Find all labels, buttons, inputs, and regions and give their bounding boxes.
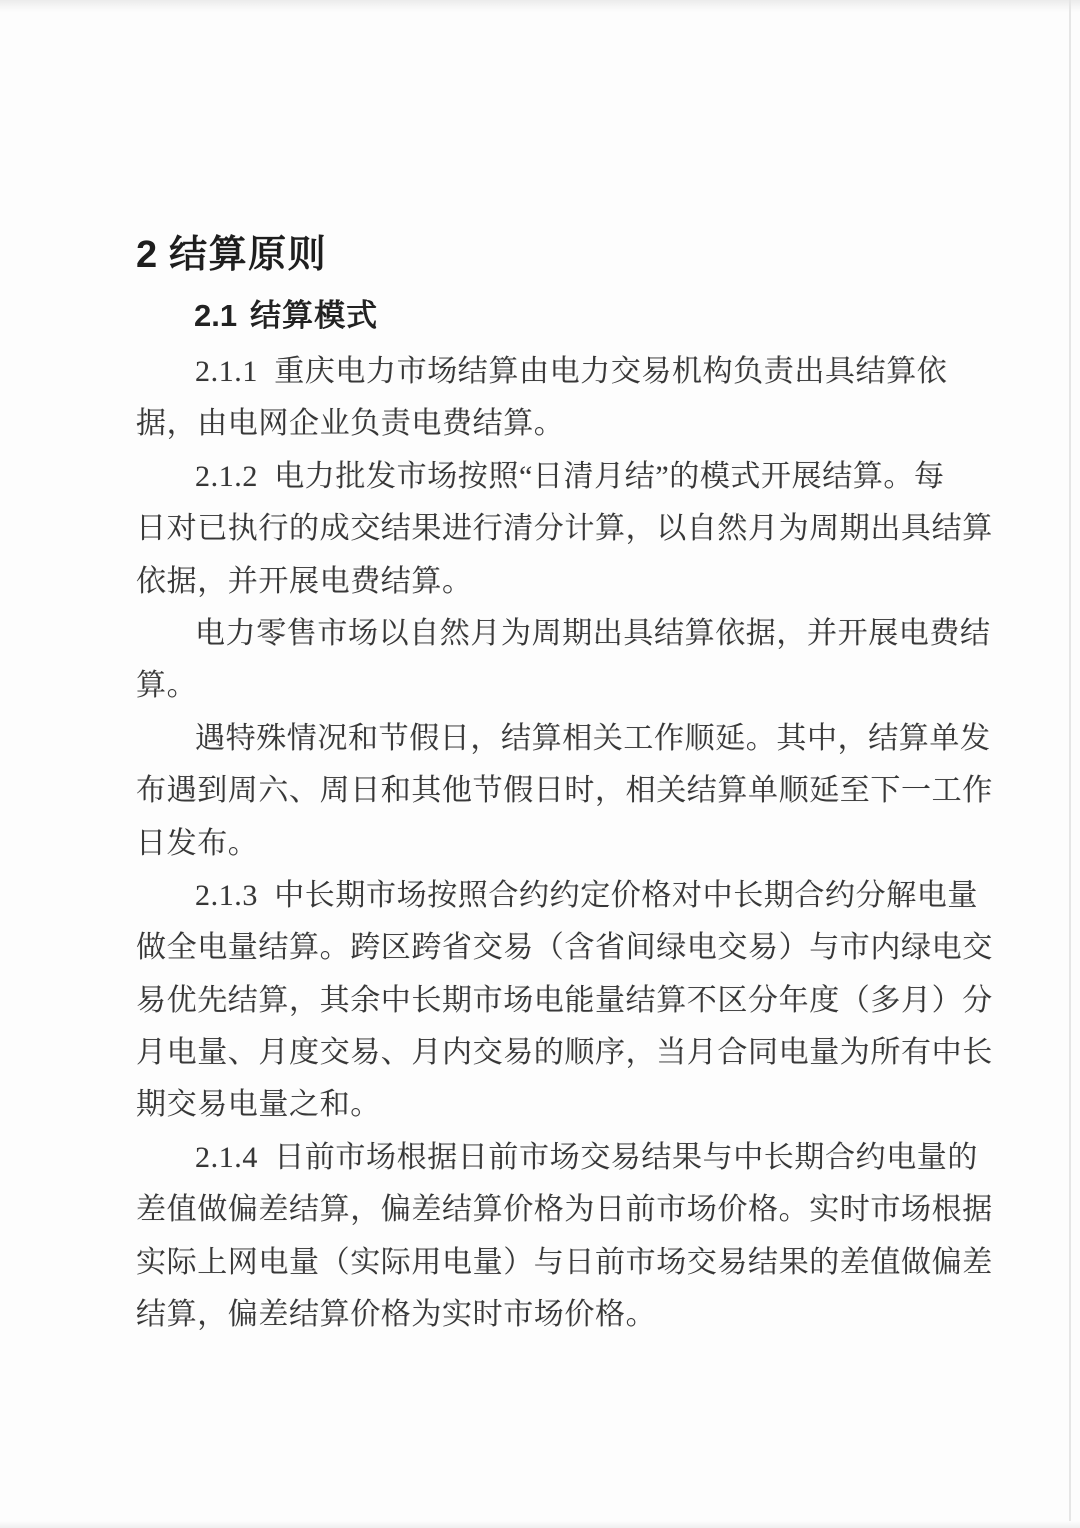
- text-line: 月电量、月度交易、月内交易的顺序，当月合同电量为所有中长: [136, 1027, 941, 1079]
- paragraph: 电力零售市场以自然月为周期出具结算依据，并开展电费结算。: [136, 608, 941, 713]
- text-line: 遇特殊情况和节假日，结算相关工作顺延。其中，结算单发: [136, 713, 941, 765]
- section-title: 结算原则: [169, 234, 327, 276]
- document-body: 2.1.1 重庆电力市场结算由电力交易机构负责出具结算依据，由电网企业负责电费结…: [136, 346, 941, 1341]
- text-line: 2.1.2 电力批发市场按照“日清月结”的模式开展结算。每: [136, 451, 941, 503]
- paragraph: 遇特殊情况和节假日，结算相关工作顺延。其中，结算单发布遇到周六、周日和其他节假日…: [136, 713, 941, 870]
- paragraph-2.1.3: 2.1.3 中长期市场按照合约约定价格对中长期合约分解电量做全电量结算。跨区跨省…: [136, 870, 941, 1132]
- text-line: 日对已执行的成交结果进行清分计算，以自然月为周期出具结算: [136, 503, 941, 555]
- text-line: 实际上网电量（实际用电量）与日前市场交易结果的差值做偏差: [136, 1237, 941, 1289]
- text-line: 算。: [136, 660, 941, 712]
- section-number: 2: [136, 234, 157, 276]
- text-line: 结算，偏差结算价格为实时市场价格。: [136, 1289, 941, 1341]
- text-line: 2.1.3 中长期市场按照合约约定价格对中长期合约分解电量: [136, 870, 941, 922]
- scan-right-edge-line: [1069, 0, 1071, 1528]
- paragraph-2.1.2: 2.1.2 电力批发市场按照“日清月结”的模式开展结算。每日对已执行的成交结果进…: [136, 451, 941, 608]
- scan-top-edge: [0, 0, 1080, 12]
- scan-bottom-edge: [0, 1521, 1080, 1528]
- paragraph-2.1.1: 2.1.1 重庆电力市场结算由电力交易机构负责出具结算依据，由电网企业负责电费结…: [136, 346, 941, 451]
- text-line: 据，由电网企业负责电费结算。: [136, 398, 941, 450]
- text-line: 电力零售市场以自然月为周期出具结算依据，并开展电费结: [136, 608, 941, 660]
- text-line: 2.1.4 日前市场根据日前市场交易结果与中长期合约电量的: [136, 1132, 941, 1184]
- text-line: 依据，并开展电费结算。: [136, 556, 941, 608]
- paragraph-2.1.4: 2.1.4 日前市场根据日前市场交易结果与中长期合约电量的差值做偏差结算，偏差结…: [136, 1132, 941, 1342]
- text-line: 期交易电量之和。: [136, 1079, 941, 1131]
- text-line: 差值做偏差结算，偏差结算价格为日前市场价格。实时市场根据: [136, 1184, 941, 1236]
- document-page: 2结算原则 2.1结算模式 2.1.1 重庆电力市场结算由电力交易机构负责出具结…: [0, 0, 1080, 1528]
- text-line: 布遇到周六、周日和其他节假日时，相关结算单顺延至下一工作: [136, 765, 941, 817]
- subsection-title: 结算模式: [250, 298, 378, 333]
- text-line: 做全电量结算。跨区跨省交易（含省间绿电交易）与市内绿电交: [136, 922, 941, 974]
- text-line: 2.1.1 重庆电力市场结算由电力交易机构负责出具结算依: [136, 346, 941, 398]
- text-line: 易优先结算，其余中长期市场电能量结算不区分年度（多月）分: [136, 975, 941, 1027]
- text-line: 日发布。: [136, 818, 941, 870]
- section-heading: 2结算原则: [136, 232, 327, 278]
- subsection-number: 2.1: [194, 298, 237, 333]
- subsection-heading: 2.1结算模式: [194, 296, 378, 336]
